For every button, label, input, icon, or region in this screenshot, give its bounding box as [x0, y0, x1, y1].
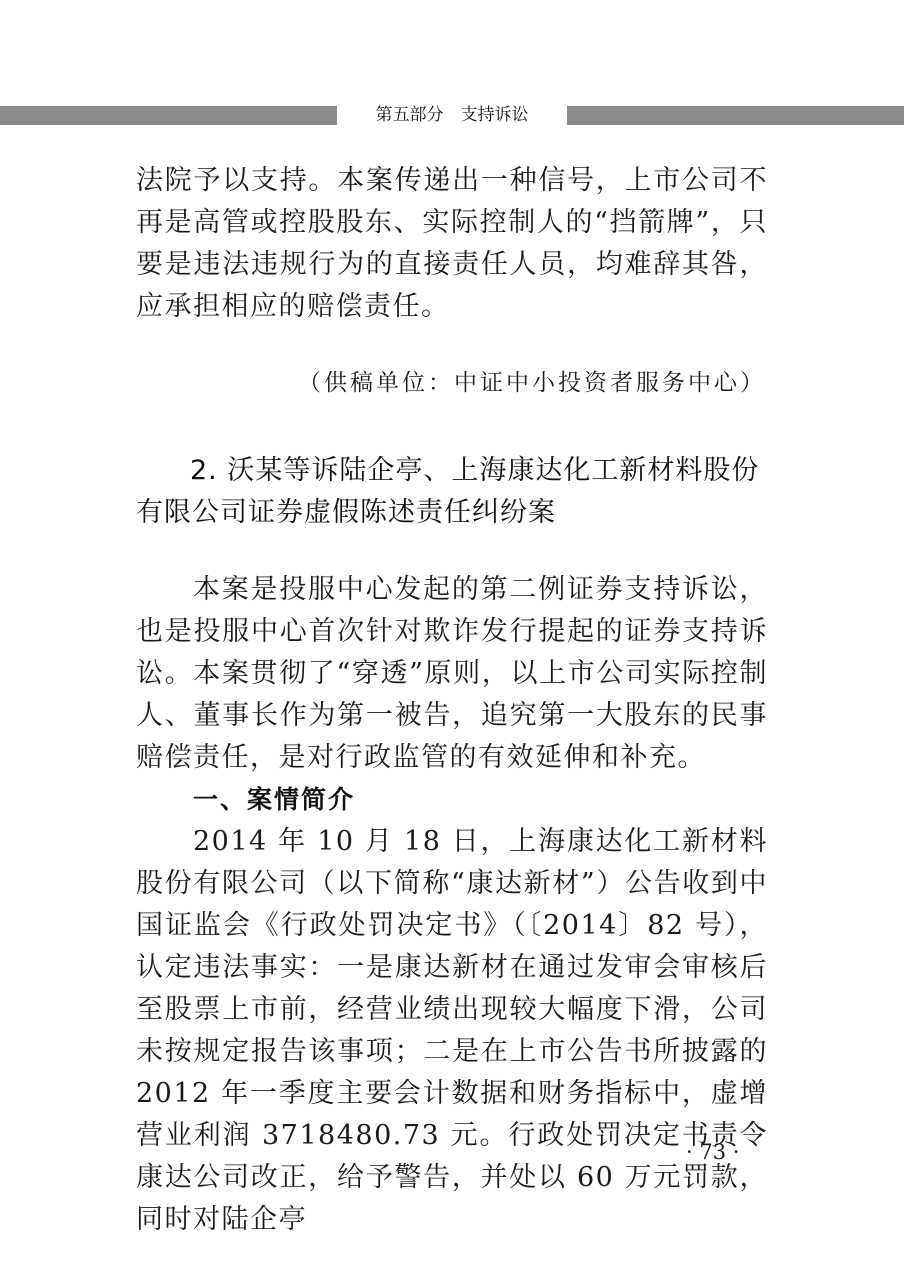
section-paragraph: 2014 年 10 月 18 日，上海康达化工新材料股份有限公司（以下简称“康达… [136, 821, 768, 1241]
header-title: 第五部分 支持诉讼 [337, 103, 567, 127]
header-bar-right [567, 106, 904, 125]
case-title: 2. 沃某等诉陆企亭、上海康达化工新材料股份有限公司证券虚假陈述责任纠纷案 [136, 450, 768, 534]
continuation-paragraph: 法院予以支持。本案传递出一种信号，上市公司不再是高管或控股股东、实际控制人的“挡… [136, 160, 768, 328]
page-number: · 73 · [686, 1138, 739, 1166]
continuation-block: 法院予以支持。本案传递出一种信号，上市公司不再是高管或控股股东、实际控制人的“挡… [136, 160, 768, 328]
case-body: 本案是投服中心发起的第二例证券支持诉讼，也是投服中心首次针对欺诈发行提起的证券支… [136, 569, 768, 1241]
header-bar-left [0, 106, 337, 125]
source-note: （供稿单位：中证中小投资者服务中心） [298, 365, 766, 401]
section-heading: 一、案情简介 [136, 779, 768, 821]
case-summary-paragraph: 本案是投服中心发起的第二例证券支持诉讼，也是投服中心首次针对欺诈发行提起的证券支… [136, 569, 768, 779]
running-header: 第五部分 支持诉讼 [0, 106, 904, 125]
